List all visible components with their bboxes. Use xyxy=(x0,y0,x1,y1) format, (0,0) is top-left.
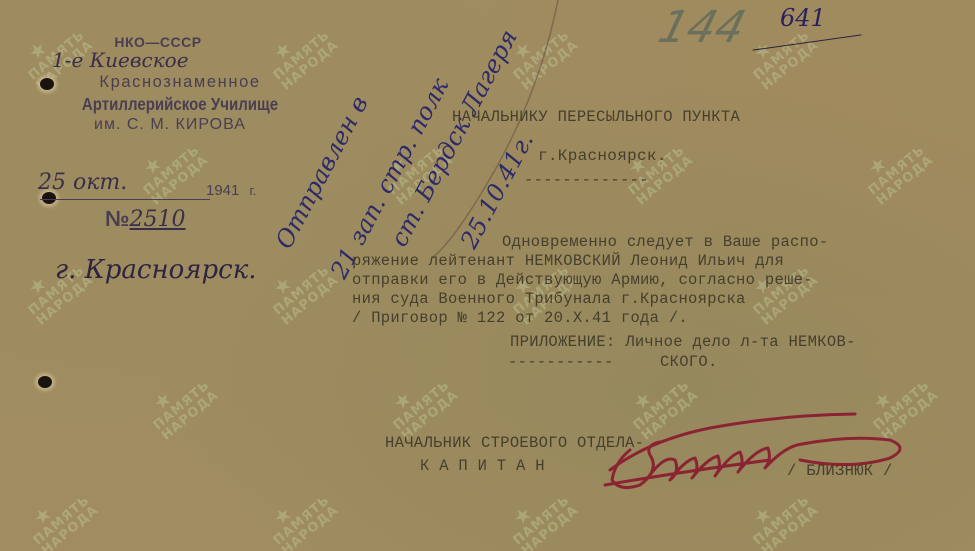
stamp-date-handwritten: 25 окт. xyxy=(38,170,127,195)
stamp-number: №2510 xyxy=(105,206,186,232)
body-line-3: отправки его в Действующую Армию, соглас… xyxy=(352,271,813,289)
handwritten-city-note: г. Красноярск. xyxy=(55,255,257,285)
document-page: ★ПАМЯТЬНАРОДА ★ПАМЯТЬНАРОДА ★ПАМЯТЬНАРОД… xyxy=(0,0,975,551)
addressee-city: г.Красноярск. xyxy=(538,147,667,165)
attachment-line: ПРИЛОЖЕНИЕ: Личное дело л-та НЕМКОВ- xyxy=(510,333,856,351)
addressee-title: НАЧАЛЬНИКУ ПЕРЕСЫЛЬНОГО ПУНКТА xyxy=(452,108,740,126)
attachment-label: ПРИЛОЖЕНИЕ: xyxy=(510,333,616,351)
body-line-4: ния суда Военного Трибунала г.Красноярск… xyxy=(352,290,746,308)
attachment-dashes: ----------- xyxy=(508,353,614,371)
signature xyxy=(590,400,930,500)
attachment-continuation: СКОГО. xyxy=(660,353,718,371)
stamp-date-underline xyxy=(40,199,210,200)
body-line-1: Одновременно следует в Ваше распо- xyxy=(502,233,828,251)
addressee-underline: ------------- xyxy=(524,171,649,189)
archive-number-ink: 641 xyxy=(780,4,826,32)
attachment-text: Личное дело л-та НЕМКОВ- xyxy=(625,333,855,351)
signatory-rank: К А П И Т А Н xyxy=(420,457,545,475)
archive-number-pencil: 144 xyxy=(653,2,751,53)
body-line-2: ряжение лейтенант НЕМКОВСКИЙ Леонид Ильи… xyxy=(352,252,784,270)
stamp-year: 1941 г. xyxy=(206,182,256,199)
body-line-5: / Приговор № 122 от 20.X.41 года /. xyxy=(352,309,688,327)
